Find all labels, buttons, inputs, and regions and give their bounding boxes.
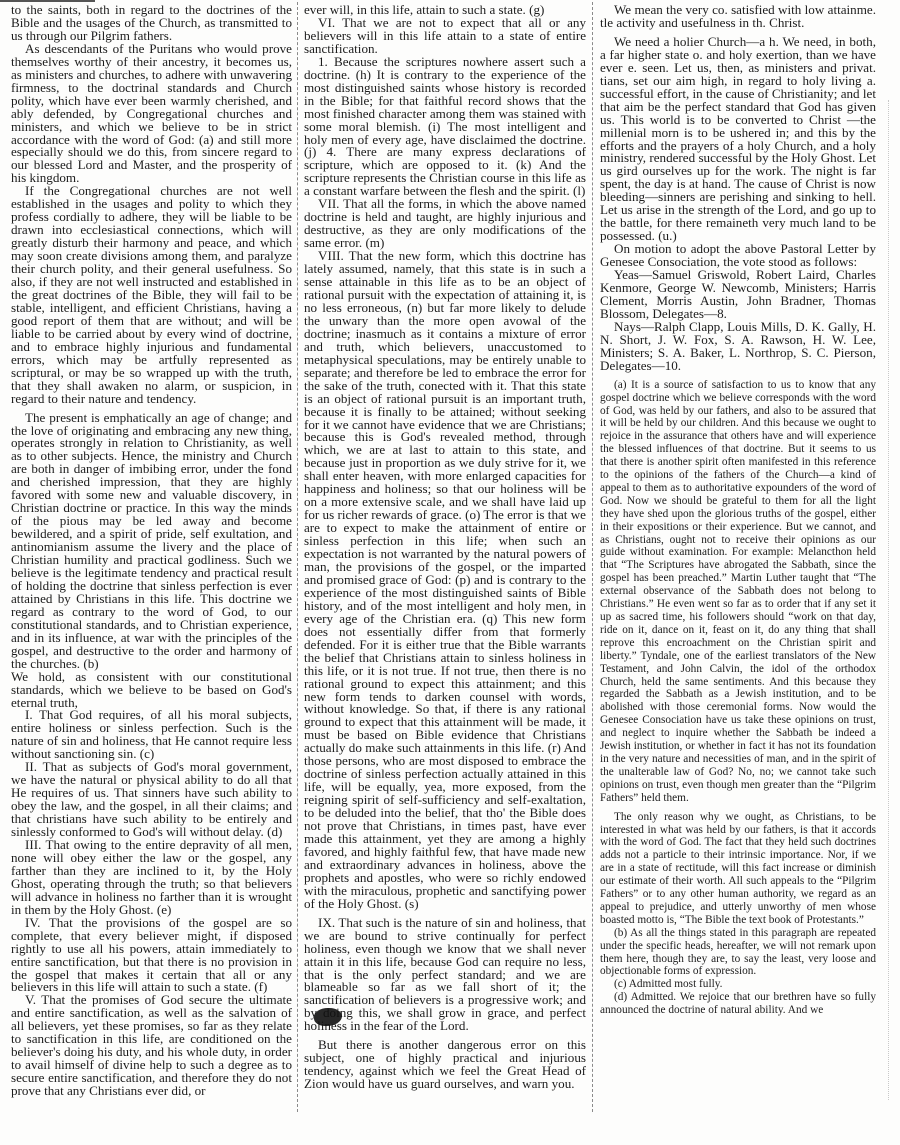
paragraph: II. That as subjects of God's moral gove… <box>11 761 292 839</box>
paragraph: On motion to adopt the above Pastoral Le… <box>600 243 876 269</box>
paragraph: We need a holier Church—a h. We need, in… <box>600 36 876 243</box>
newspaper-page: to the saints, both in regard to the doc… <box>0 0 900 1145</box>
paragraph: III. That owing to the entire depravity … <box>11 839 292 917</box>
paragraph: Nays—Ralph Clapp, Louis Mills, D. K. Gal… <box>600 321 876 373</box>
paragraph: VI. That we are not to expect that all o… <box>304 17 586 56</box>
paragraph: V. That the promises of God secure the u… <box>11 994 292 1098</box>
page-edge <box>888 100 889 1100</box>
paragraph: If the Congregational churches are not w… <box>11 185 292 405</box>
paragraph: Yeas—Samuel Griswold, Robert Laird, Char… <box>600 269 876 321</box>
paragraph: VIII. That the new form, which this doct… <box>304 250 586 911</box>
paragraph: The present is emphatically an age of ch… <box>11 412 292 671</box>
paragraph: IV. That the provisions of the gospel ar… <box>11 917 292 995</box>
paragraph: We mean the very co. satisfied with low … <box>600 4 876 30</box>
paragraph: But there is another dangerous error on … <box>304 1039 586 1091</box>
paragraph: (b) As all the things stated in this par… <box>600 927 876 979</box>
paragraph: I. That God requires, of all his moral s… <box>11 709 292 761</box>
column-2: ever will, in this life, attain to such … <box>304 4 586 1091</box>
paragraph: (a) It is a source of satisfaction to us… <box>600 379 876 805</box>
paragraph: The only reason why we ought, as Christi… <box>600 811 876 927</box>
paragraph: (d) Admitted. We rejoice that our brethr… <box>600 991 876 1017</box>
paragraph: (c) Admitted most fully. <box>600 978 876 991</box>
column-1: to the saints, both in regard to the doc… <box>11 4 292 1098</box>
paragraph: to the saints, both in regard to the doc… <box>11 4 292 43</box>
paragraph: 1. Because the scriptures nowhere assert… <box>304 56 586 198</box>
paragraph: As descendants of the Puritans who would… <box>11 43 292 185</box>
column-3: We mean the very co. satisfied with low … <box>600 4 876 1017</box>
paragraph: IX. That such is the nature of sin and h… <box>304 917 586 1034</box>
column-divider-2 <box>592 2 593 1112</box>
column-divider-1 <box>297 2 298 1112</box>
paragraph: We hold, as consistent with our constitu… <box>11 671 292 710</box>
paragraph: VII. That all the forms, in which the ab… <box>304 198 586 250</box>
